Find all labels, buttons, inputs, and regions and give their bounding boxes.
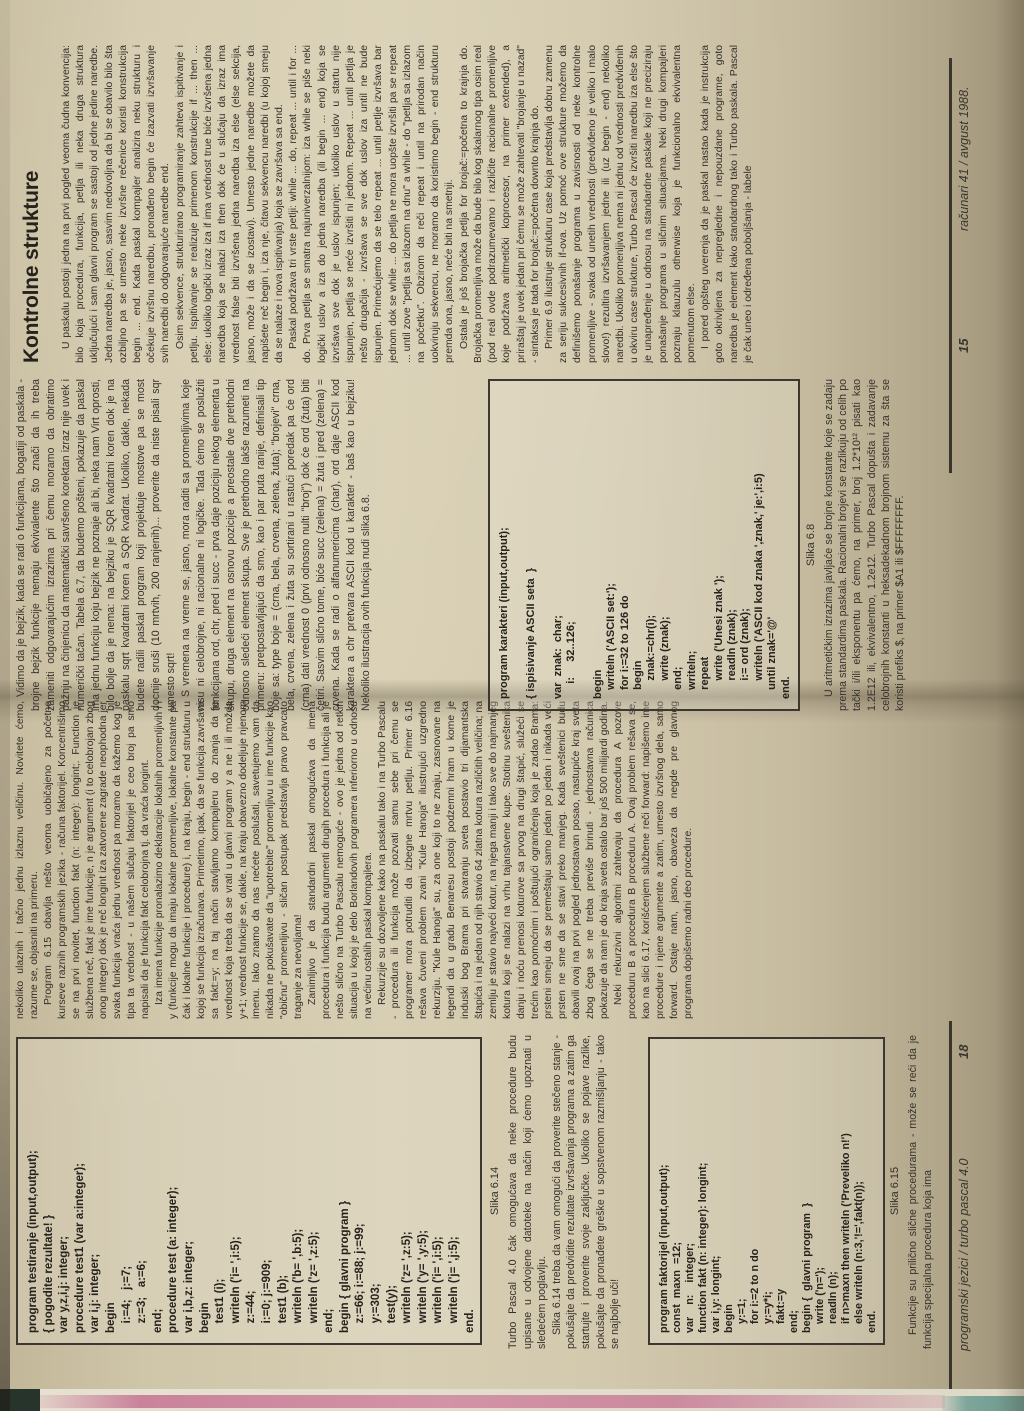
article-heading-kontrolne-strukture: Kontrolne strukture <box>20 43 44 363</box>
paragraph-zanimljivo: Zanimljivo je da standardni paskal omogu… <box>306 701 376 1019</box>
paragraph-s-vremena: S vremena na vreme se, jasno, mora radit… <box>179 379 374 711</box>
paragraph-text: U aritmetičkim izrazima javljaće se broj… <box>822 379 907 711</box>
paragraph-forward: Neki rekurzivni algoritmi zahtevaju da p… <box>612 701 695 1019</box>
code-listing-6-14: program testiranje (input,output); { pog… <box>16 1037 482 1345</box>
magazine-scan: program testiranje (input,output); { pog… <box>0 0 1024 1411</box>
caption-slika-6-8: Slika 6.8 <box>805 379 817 711</box>
footer-journal-left: programski jezici / turbo pascal 4.0 <box>957 1159 971 1351</box>
paragraph-u-aritmetickim: U aritmetičkim izrazima javljaće se broj… <box>822 379 948 711</box>
left-page-column-2: nekoliko ulaznih i tačno jednu izlaznu v… <box>14 701 946 1019</box>
page-number-18: 18 <box>956 1045 971 1059</box>
paragraph-u-paskalu: U paskalu postoji jedna na prvi pogled v… <box>60 45 174 363</box>
code-listing-6-8: program karakteri (input,output); { ispi… <box>488 379 800 711</box>
footer-journal-right: računari 41 / avgust 1988. <box>957 86 971 231</box>
paragraph-iza-imena: Iza imena funkcije pronalazimo deklaraci… <box>153 701 306 1019</box>
code-listing-6-15-text: program faktorijel (input,output); const… <box>650 1039 885 1343</box>
paragraph-turbo-pascal-40: Turbo Pascal 4.0 čak omogućava da neke p… <box>506 1035 644 1349</box>
footer-rule-left <box>949 1021 952 1389</box>
paragraph-text: Slika 6.14 treba da vam omogući da prove… <box>550 1035 623 1349</box>
paragraph-vidimo-bejzik: Vidimo da je bejzik, kada se radi o funk… <box>14 379 179 711</box>
paragraph-program-615: Program 6.15 obavlja nešto veoma uobičaj… <box>42 701 153 1019</box>
rotated-spread: program testiranje (input,output); { pog… <box>0 0 1024 1411</box>
paragraph-rekurzije: Rekurzije su dozvoljene kako na paskalu … <box>376 701 612 1019</box>
footer-rule-right <box>949 58 952 473</box>
code-listing-6-8-text: program karakteri (input,output); { ispi… <box>490 381 800 709</box>
caption-slika-6-15: Slika 6.15 <box>889 1037 901 1345</box>
pink-page-edge <box>30 1395 945 1408</box>
paragraph-primer-69-case: Primer 6.9 ilustruje strukturu case koja… <box>543 45 699 363</box>
right-page-column-1-top: Vidimo da je bejzik, kada se radi o funk… <box>14 379 480 711</box>
paragraph-paskal-podrzava: Paskal podržava tri vrste petlji: while … <box>287 45 457 363</box>
paragraph-text: Turbo Pascal 4.0 čak omogućava da neke p… <box>506 1035 550 1349</box>
caption-slika-6-14: Slika 6.14 <box>489 1037 501 1345</box>
right-page-column-2: U paskalu postoji jedna na prvi pogled v… <box>60 45 946 363</box>
page-number-15: 15 <box>956 339 971 353</box>
paragraph-funkcije-su: Funkcije su prilično slične procedurama … <box>906 1035 939 1349</box>
paragraph-ostala-brojacka: Ostala je još brojačka petlja for brojač… <box>458 45 543 363</box>
paragraph-osim-sekvence: Osim sekvence, strukturirano programiran… <box>174 45 288 363</box>
paragraph-text: Funkcije su prilično slične procedurama … <box>906 1035 935 1349</box>
code-listing-6-15: program faktorijel (input,output); const… <box>648 1037 885 1345</box>
paragraph-goto: I pored opšteg uverenja da je paskal nas… <box>699 45 756 363</box>
code-listing-6-14-text: program testiranje (input,output); { pog… <box>18 1039 482 1343</box>
scan-bottom-shadow <box>996 0 1024 1411</box>
paragraph-nekoliko-ulaznih: nekoliko ulaznih i tačno jednu izlaznu v… <box>14 701 42 1019</box>
